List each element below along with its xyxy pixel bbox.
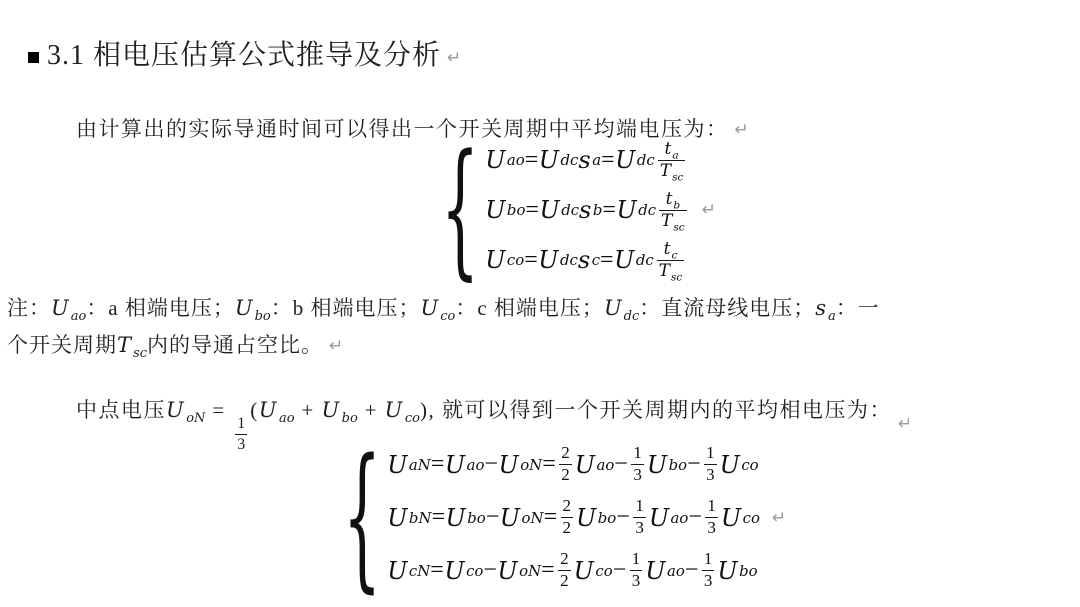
document-page: 3.1 相电压估算公式推导及分析↵ 由计算出的实际导通时间可以得出一个开关周期中… xyxy=(0,0,1080,607)
heading-bullet-square-icon xyxy=(28,52,39,63)
left-curly-brace: { xyxy=(441,137,479,284)
note-line-1: 注：Uao：a 相端电压；Ubo：b 相端电压；Uco：c 相端电压；Udc：直… xyxy=(7,290,880,327)
equation-line-uco: Uco = Udcsc = UdctcTsc xyxy=(485,235,716,285)
section-heading: 3.1 相电压估算公式推导及分析↵ xyxy=(28,33,461,73)
equation-line-uao: Uao = Udcsa = UdctaTsc xyxy=(485,135,716,185)
paragraph-mark-icon: ↵ xyxy=(898,414,912,434)
equation-lines: UaN = Uao − UoN = 22Uao − 13Ubo − 13Uco … xyxy=(387,438,786,597)
equation-row-ubn: UbN = Ubo − UoN = 22Ubo − 13Uao − 13Uco … xyxy=(387,491,786,544)
equation-block-terminal-voltage: { Uao = Udcsa = UdctaTsc Ubo = Udcsb = U… xyxy=(441,135,716,285)
equation-row-ubo: Ubo = Udcsb = UdctbTsc ↵ xyxy=(485,185,716,235)
note-line-2: 个开关周期Tsc内的导通占空比。↵ xyxy=(7,327,880,364)
equation-line-ubn: UbN = Ubo − UoN = 22Ubo − 13Uao − 13Uco xyxy=(387,491,760,544)
section-heading-text: 3.1 相电压估算公式推导及分析 xyxy=(47,40,441,71)
equation-line-uan: UaN = Uao − UoN = 22Uao − 13Ubo − 13Uco xyxy=(387,438,786,491)
paragraph-mark-icon: ↵ xyxy=(735,120,749,140)
note-line-2-text: 个开关周期Tsc内的导通占空比。 xyxy=(7,333,323,357)
equation-lines: Uao = Udcsa = UdctaTsc Ubo = Udcsb = Udc… xyxy=(485,135,716,285)
paragraph-note: 注：Uao：a 相端电压；Ubo：b 相端电压；Uco：c 相端电压；Udc：直… xyxy=(7,290,880,364)
equation-line-ucn: UcN = Uco − UoN = 22Uco − 13Uao − 13Ubo xyxy=(387,544,786,597)
paragraph-mark-icon: ↵ xyxy=(772,508,786,528)
equation-block-phase-voltage: { UaN = Uao − UoN = 22Uao − 13Ubo − 13Uc… xyxy=(343,438,786,597)
left-curly-brace: { xyxy=(343,440,381,596)
paragraph-mark-icon: ↵ xyxy=(447,48,461,68)
equation-line-ubo: Ubo = Udcsb = UdctbTsc xyxy=(485,185,690,235)
paragraph-mark-icon: ↵ xyxy=(329,336,343,356)
paragraph-mark-icon: ↵ xyxy=(702,200,716,220)
